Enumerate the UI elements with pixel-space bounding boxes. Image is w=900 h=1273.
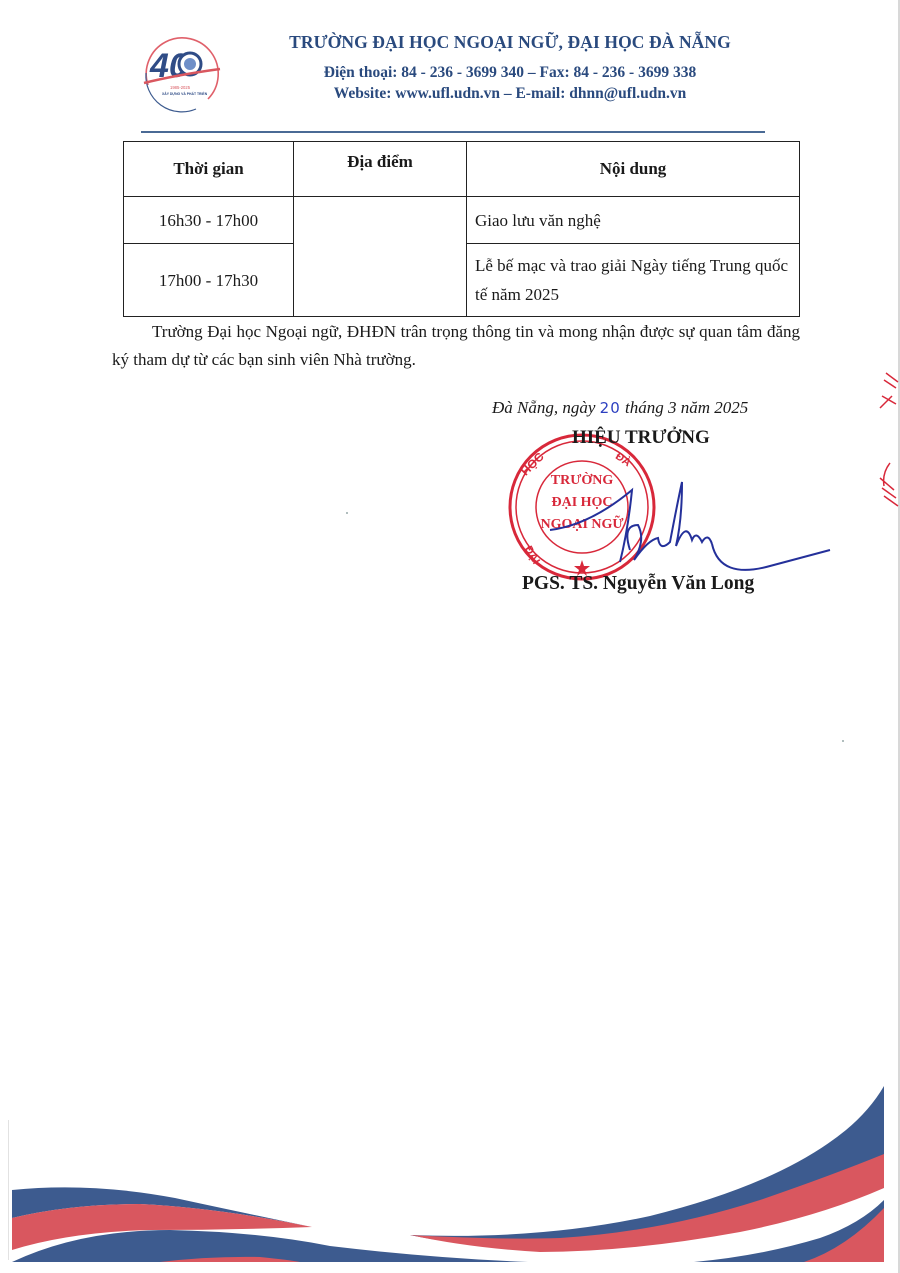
footer-wave-decoration <box>0 1080 900 1273</box>
column-header-place: Địa điểm <box>294 142 467 197</box>
header-divider <box>141 131 765 133</box>
contact-phone-fax: Điện thoại: 84 - 236 - 3699 340 – Fax: 8… <box>270 62 750 83</box>
table-row: 16h30 - 17h00 Giao lưu văn nghệ <box>124 197 800 244</box>
closing-paragraph: Trường Đại học Ngoại ngữ, ĐHĐN trân trọn… <box>112 318 800 374</box>
signature-date: Đà Nẵng, ngày 20 tháng 3 năm 2025 <box>492 398 748 418</box>
cell-content: Lễ bế mạc và trao giải Ngày tiếng Trung … <box>467 244 800 317</box>
date-suffix: tháng 3 năm 2025 <box>621 398 749 417</box>
column-header-time: Thời gian <box>124 142 294 197</box>
contact-web-email: Website: www.ufl.udn.vn – E-mail: dhnn@u… <box>270 83 750 104</box>
partial-seal-edge-icon <box>876 368 900 508</box>
anniversary-logo-icon: 40 1985-2025 XÂY DỰNG VÀ PHÁT TRIỂN <box>136 25 226 115</box>
cell-time: 16h30 - 17h00 <box>124 197 294 244</box>
handwritten-signature-icon <box>520 470 840 580</box>
svg-text:1985-2025: 1985-2025 <box>170 85 191 90</box>
cell-place <box>294 197 467 317</box>
letterhead: TRƯỜNG ĐẠI HỌC NGOẠI NGỮ, ĐẠI HỌC ĐÀ NẴN… <box>270 30 750 104</box>
scan-speck <box>842 740 844 742</box>
signer-title: HIỆU TRƯỞNG <box>572 427 710 449</box>
institution-name: TRƯỜNG ĐẠI HỌC NGOẠI NGỮ, ĐẠI HỌC ĐÀ NẴN… <box>270 30 750 54</box>
cell-content: Giao lưu văn nghệ <box>467 197 800 244</box>
column-header-content: Nội dung <box>467 142 800 197</box>
scan-speck <box>346 512 348 514</box>
svg-text:XÂY DỰNG VÀ PHÁT TRIỂN: XÂY DỰNG VÀ PHÁT TRIỂN <box>162 91 208 96</box>
schedule-table: Thời gian Địa điểm Nội dung 16h30 - 17h0… <box>123 141 800 317</box>
cell-time: 17h00 - 17h30 <box>124 244 294 317</box>
table-header-row: Thời gian Địa điểm Nội dung <box>124 142 800 197</box>
handwritten-day: 20 <box>600 399 621 417</box>
signer-name: PGS. TS. Nguyễn Văn Long <box>522 573 754 595</box>
date-prefix: Đà Nẵng, ngày <box>492 398 600 417</box>
